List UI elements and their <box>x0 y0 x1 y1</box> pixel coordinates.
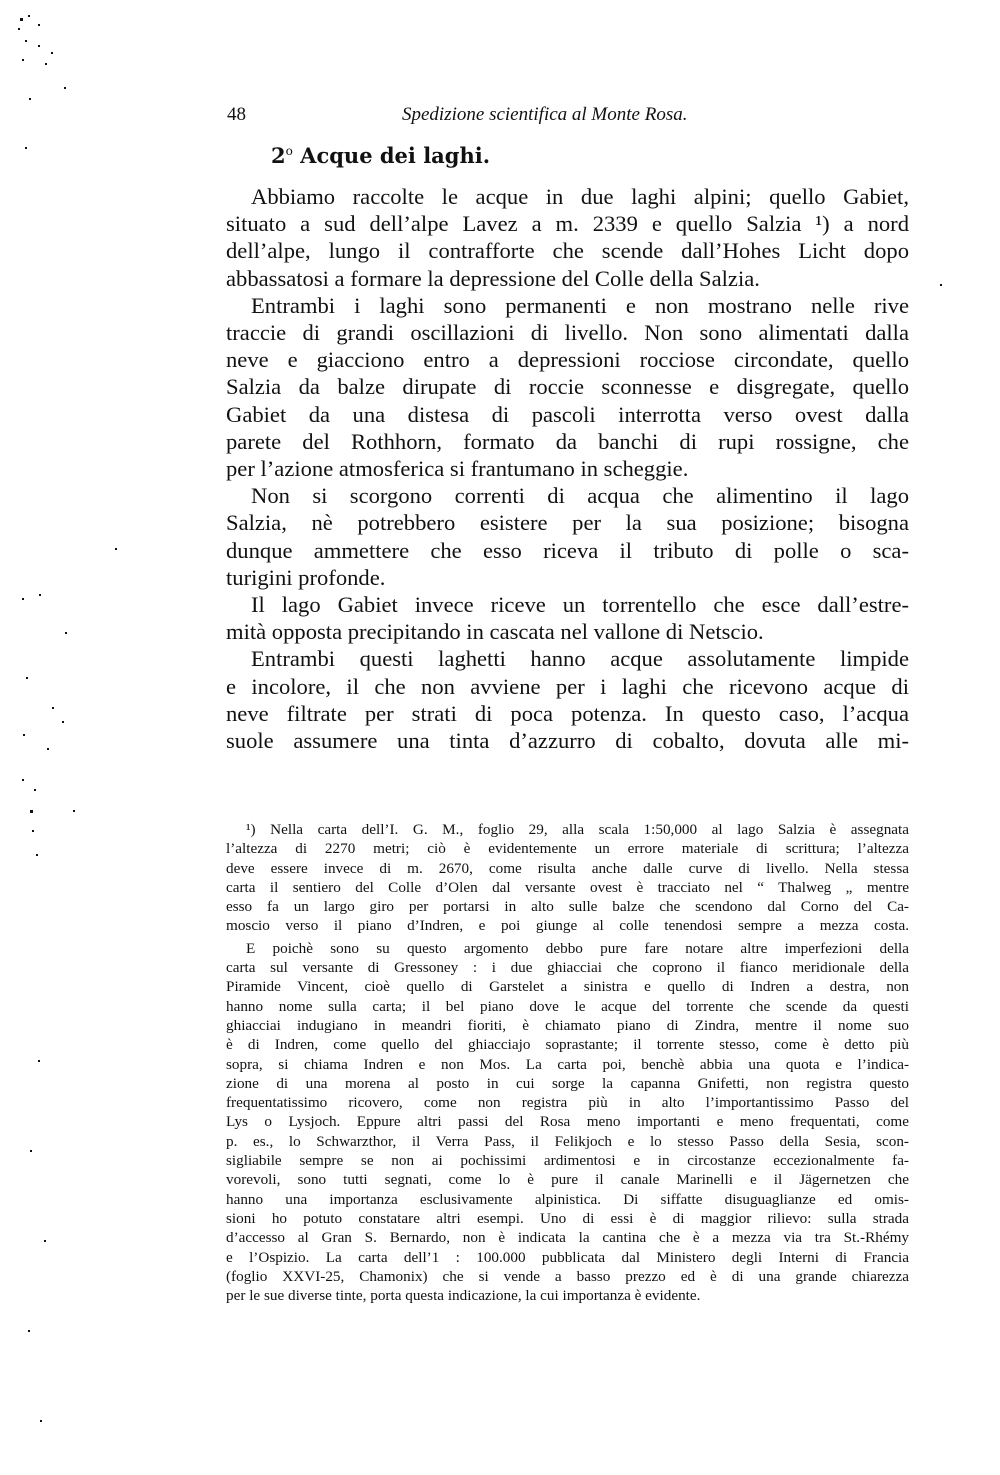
footnote-line: per le sue diverse tinte, porta questa i… <box>226 1286 909 1305</box>
scan-speck <box>45 63 47 65</box>
scan-speck <box>22 598 24 600</box>
scan-speck <box>64 87 66 89</box>
scan-speck <box>52 707 54 709</box>
footnote-line: hanno una importanza esclusivamente alpi… <box>226 1190 909 1209</box>
text-line: turigini profonde. <box>226 564 909 591</box>
scan-speck <box>38 24 40 26</box>
footnote-line: moscio verso il piano d’Indren, e poi gi… <box>226 916 909 935</box>
footnote-line: carta sul versante di Gressoney : i due … <box>226 958 909 977</box>
scan-speck <box>34 789 36 791</box>
scan-speck <box>47 748 49 750</box>
running-title: Spedizione scientifica al Monte Rosa. <box>402 104 687 126</box>
section-number-ordinal: o <box>286 144 293 158</box>
footnote-line: d’accesso al Gran S. Bernardo, non è ind… <box>226 1228 909 1247</box>
text-line: Salzia, nè potrebbero esistere per la su… <box>226 509 909 536</box>
scan-speck <box>51 52 53 54</box>
text-line: e incolore, il che non avviene per i lag… <box>226 673 909 700</box>
running-head: 48 Spedizione scientifica al Monte Rosa. <box>227 104 910 134</box>
scan-speck <box>65 632 67 634</box>
page-number: 48 <box>227 104 246 126</box>
scan-speck <box>22 59 24 61</box>
text-line: dell’alpe, lungo il contrafforte che sce… <box>226 237 909 264</box>
text-line: parete del Rothhorn, formato da banchi d… <box>226 428 909 455</box>
footnote-line: deve essere invece di m. 2670, come risu… <box>226 859 909 878</box>
section-number: 2 <box>271 143 286 168</box>
section-title: Acque dei laghi. <box>300 143 490 168</box>
scan-speck <box>22 779 24 781</box>
scan-speck <box>39 594 41 596</box>
scan-speck <box>62 721 64 723</box>
paragraph-1: Abbiamo raccolte le acque in due laghi a… <box>226 183 909 292</box>
paragraph-5: Entrambi questi laghetti hanno acque ass… <box>226 645 909 754</box>
scan-speck <box>26 677 28 679</box>
footnote-line: sigliabile sempre se non ai pochissimi a… <box>226 1151 909 1170</box>
scan-speck <box>38 1060 40 1062</box>
footnote-line: Lys o Lysjoch. Eppure altri passi del Ro… <box>226 1112 909 1131</box>
scan-speck <box>32 830 34 832</box>
text-line: Abbiamo raccolte le acque in due laghi a… <box>226 183 909 210</box>
body-text: Abbiamo raccolte le acque in due laghi a… <box>226 183 909 754</box>
footnote-line: E poichè sono su questo argomento debbo … <box>226 939 909 958</box>
scan-speck <box>23 734 25 736</box>
scan-speck <box>36 854 38 856</box>
text-line: Entrambi i laghi sono permanenti e non m… <box>226 292 909 319</box>
scan-speck <box>73 810 75 812</box>
text-line: Entrambi questi laghetti hanno acque ass… <box>226 645 909 672</box>
scan-speck <box>44 1240 46 1242</box>
footnote-line: ¹) Nella carta dell’I. G. M., foglio 29,… <box>226 820 909 839</box>
footnote-line: frequentatissimo ricovero, come non regi… <box>226 1093 909 1112</box>
scan-speck <box>25 40 27 42</box>
text-line: neve filtrate per strati di poca potenza… <box>226 700 909 727</box>
paragraph-3: Non si scorgono correnti di acqua che al… <box>226 482 909 591</box>
text-line: abbassatosi a formare la depressione del… <box>226 265 909 292</box>
footnotes: ¹) Nella carta dell’I. G. M., foglio 29,… <box>226 820 909 1308</box>
text-line: traccie di grandi oscillazioni di livell… <box>226 319 909 346</box>
scan-speck <box>940 284 942 286</box>
scan-speck <box>28 15 30 17</box>
footnote-line: carta il sentiero del Colle d’Olen dal v… <box>226 878 909 897</box>
scanned-book-page: 48 Spedizione scientifica al Monte Rosa.… <box>0 0 1000 1475</box>
footnote-line: sopra, si chiama Indren e non Mos. La ca… <box>226 1055 909 1074</box>
scan-speck <box>115 548 117 550</box>
paragraph-4: Il lago Gabiet invece riceve un torrente… <box>226 591 909 645</box>
footnote-line: p. es., lo Schwarzthor, il Verra Pass, i… <box>226 1132 909 1151</box>
footnote-line: hanno nome sulla carta; il bel piano dov… <box>226 997 909 1016</box>
scan-speck <box>29 98 31 100</box>
text-line: Il lago Gabiet invece riceve un torrente… <box>226 591 909 618</box>
text-line: mità opposta precipitando in cascata nel… <box>226 618 909 645</box>
footnote-line: ghiacciai indugiano in meandri fioriti, … <box>226 1016 909 1035</box>
footnote-line: esso fa un largo giro per portarsi in al… <box>226 897 909 916</box>
scan-speck <box>18 28 20 30</box>
section-heading: 2o Acque dei laghi. <box>271 143 490 168</box>
text-line: situato a sud dell’alpe Lavez a m. 2339 … <box>226 210 909 237</box>
text-line: per l’azione atmosferica si frantumano i… <box>226 455 909 482</box>
footnote-line: e l’Ospizio. La carta dell’1 : 100.000 p… <box>226 1248 909 1267</box>
paragraph-2: Entrambi i laghi sono permanenti e non m… <box>226 292 909 482</box>
text-line: suole assumere una tinta d’azzurro di co… <box>226 727 909 754</box>
text-line: neve e giacciono entro a depressioni roc… <box>226 346 909 373</box>
footnote-1: ¹) Nella carta dell’I. G. M., foglio 29,… <box>226 820 909 936</box>
scan-speck <box>30 1150 32 1152</box>
footnote-line: sioni ho potuto constatare altri esempi.… <box>226 1209 909 1228</box>
footnote-line: (foglio XXVI-25, Chamonix) che si vende … <box>226 1267 909 1286</box>
footnote-line: zione di una morena al posto in cui sorg… <box>226 1074 909 1093</box>
text-line: Salzia da balze dirupate di roccie sconn… <box>226 373 909 400</box>
scan-speck <box>25 147 27 149</box>
footnote-line: l’altezza di 2270 metri; ciò è evidentem… <box>226 839 909 858</box>
scan-speck <box>30 810 33 813</box>
footnote-1-continued: E poichè sono su questo argomento debbo … <box>226 939 909 1306</box>
text-line: Non si scorgono correnti di acqua che al… <box>226 482 909 509</box>
text-line: dunque ammettere che esso riceva il trib… <box>226 537 909 564</box>
scan-speck <box>20 18 23 21</box>
scan-speck <box>40 1420 42 1422</box>
scan-speck <box>28 1330 30 1332</box>
text-line: Gabiet da una distesa di pascoli interro… <box>226 401 909 428</box>
scan-speck <box>38 45 40 47</box>
footnote-line: Piramide Vincent, cioè quello di Garstel… <box>226 977 909 996</box>
footnote-line: è di Indren, come quello del ghiacciajo … <box>226 1035 909 1054</box>
footnote-line: vorevoli, sono tutti segnati, come lo è … <box>226 1170 909 1189</box>
